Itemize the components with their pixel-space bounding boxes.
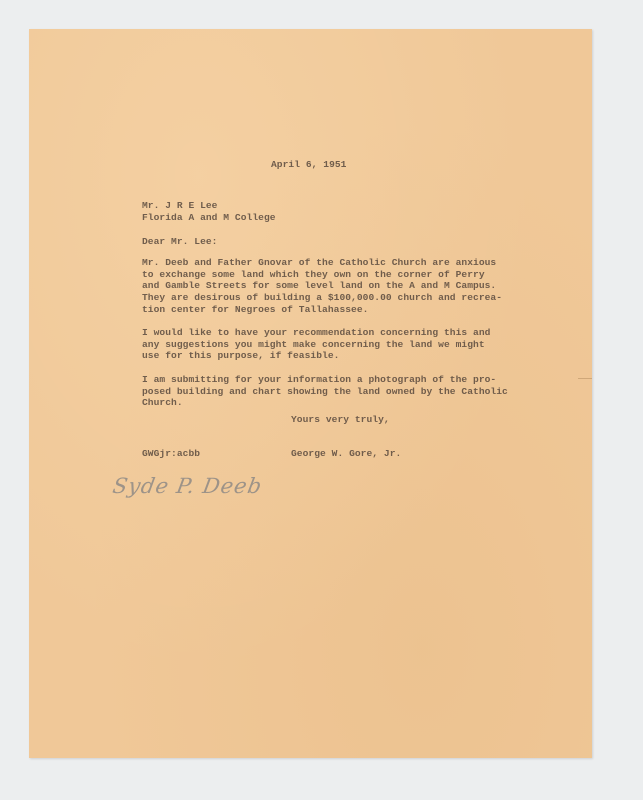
paragraph-3: I am submitting for your information a p…	[142, 374, 508, 409]
handwritten-signature: Syde P. Deeb	[111, 474, 264, 498]
addressee-name: Mr. J R E Lee	[142, 200, 276, 212]
signer-name: George W. Gore, Jr.	[291, 448, 401, 460]
addressee-block: Mr. J R E LeeFlorida A and M College	[142, 200, 276, 223]
fold-mark	[578, 378, 592, 379]
salutation: Dear Mr. Lee:	[142, 236, 218, 248]
paragraph-1: Mr. Deeb and Father Gnovar of the Cathol…	[142, 257, 502, 316]
paragraph-line: tion center for Negroes of Tallahassee.	[142, 304, 502, 316]
paragraph-line: Church.	[142, 397, 508, 409]
paragraph-line: use for this purpose, if feasible.	[142, 350, 490, 362]
paragraph-line: Mr. Deeb and Father Gnovar of the Cathol…	[142, 257, 502, 269]
letter-date: April 6, 1951	[271, 159, 347, 171]
paragraph-line: I would like to have your recommendation…	[142, 327, 490, 339]
reference-initials: GWGjr:acbb	[142, 448, 200, 460]
paragraph-line: any suggestions you might make concernin…	[142, 339, 490, 351]
paragraph-line: posed building and chart showing the lan…	[142, 386, 508, 398]
paragraph-2: I would like to have your recommendation…	[142, 327, 490, 362]
paragraph-line: and Gamble Streets for some level land o…	[142, 280, 502, 292]
letter-page: April 6, 1951 Mr. J R E LeeFlorida A and…	[29, 29, 592, 758]
paragraph-line: to exchange some land which they own on …	[142, 269, 502, 281]
paragraph-line: I am submitting for your information a p…	[142, 374, 508, 386]
addressee-institution: Florida A and M College	[142, 212, 276, 224]
complimentary-close: Yours very truly,	[291, 414, 390, 426]
paragraph-line: They are desirous of building a $100,000…	[142, 292, 502, 304]
